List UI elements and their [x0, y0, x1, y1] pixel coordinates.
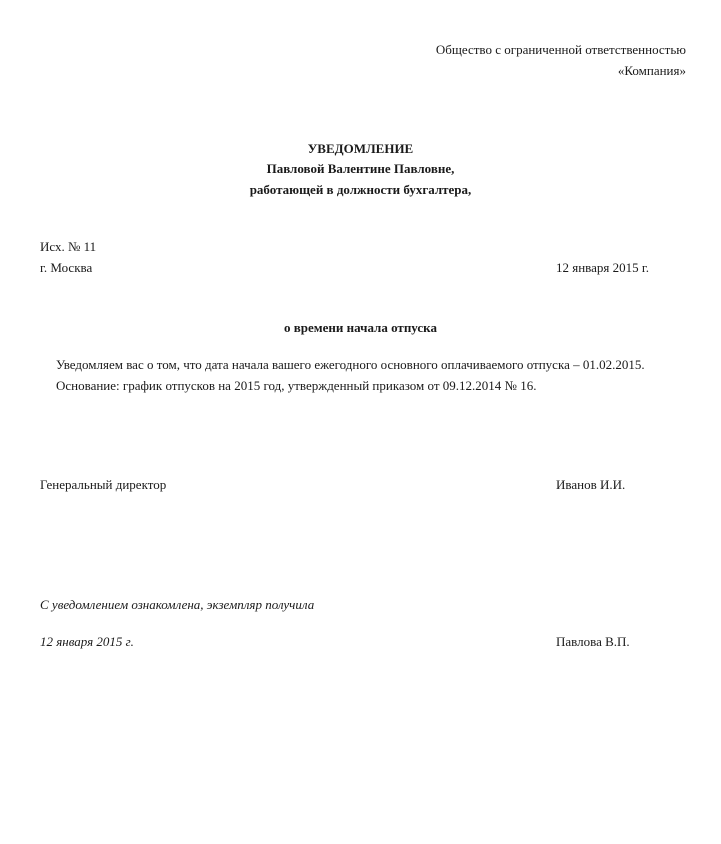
body-paragraph-2: Основание: график отпусков на 2015 год, …: [56, 378, 536, 394]
outgoing-number: Исх. № 11: [40, 239, 96, 255]
organization-name-line1: Общество с ограниченной ответственностью: [436, 42, 686, 58]
acknowledgement-name: Павлова В.П.: [556, 634, 630, 650]
signatory-name: Иванов И.И.: [556, 477, 625, 493]
acknowledgement-date: 12 января 2015 г.: [40, 634, 134, 650]
city: г. Москва: [40, 260, 92, 276]
subject-line: о времени начала отпуска: [0, 320, 721, 336]
document-title: УВЕДОМЛЕНИЕ: [0, 141, 721, 157]
acknowledgement-text: С уведомлением ознакомлена, экземпляр по…: [40, 597, 314, 613]
recipient-position: работающей в должности бухгалтера,: [0, 182, 721, 198]
body-paragraph-1: Уведомляем вас о том, что дата начала ва…: [56, 357, 645, 373]
organization-name-line2: «Компания»: [618, 63, 686, 79]
recipient-name: Павловой Валентине Павловне,: [0, 161, 721, 177]
signatory-role: Генеральный директор: [40, 477, 166, 493]
document-date: 12 января 2015 г.: [556, 260, 649, 276]
